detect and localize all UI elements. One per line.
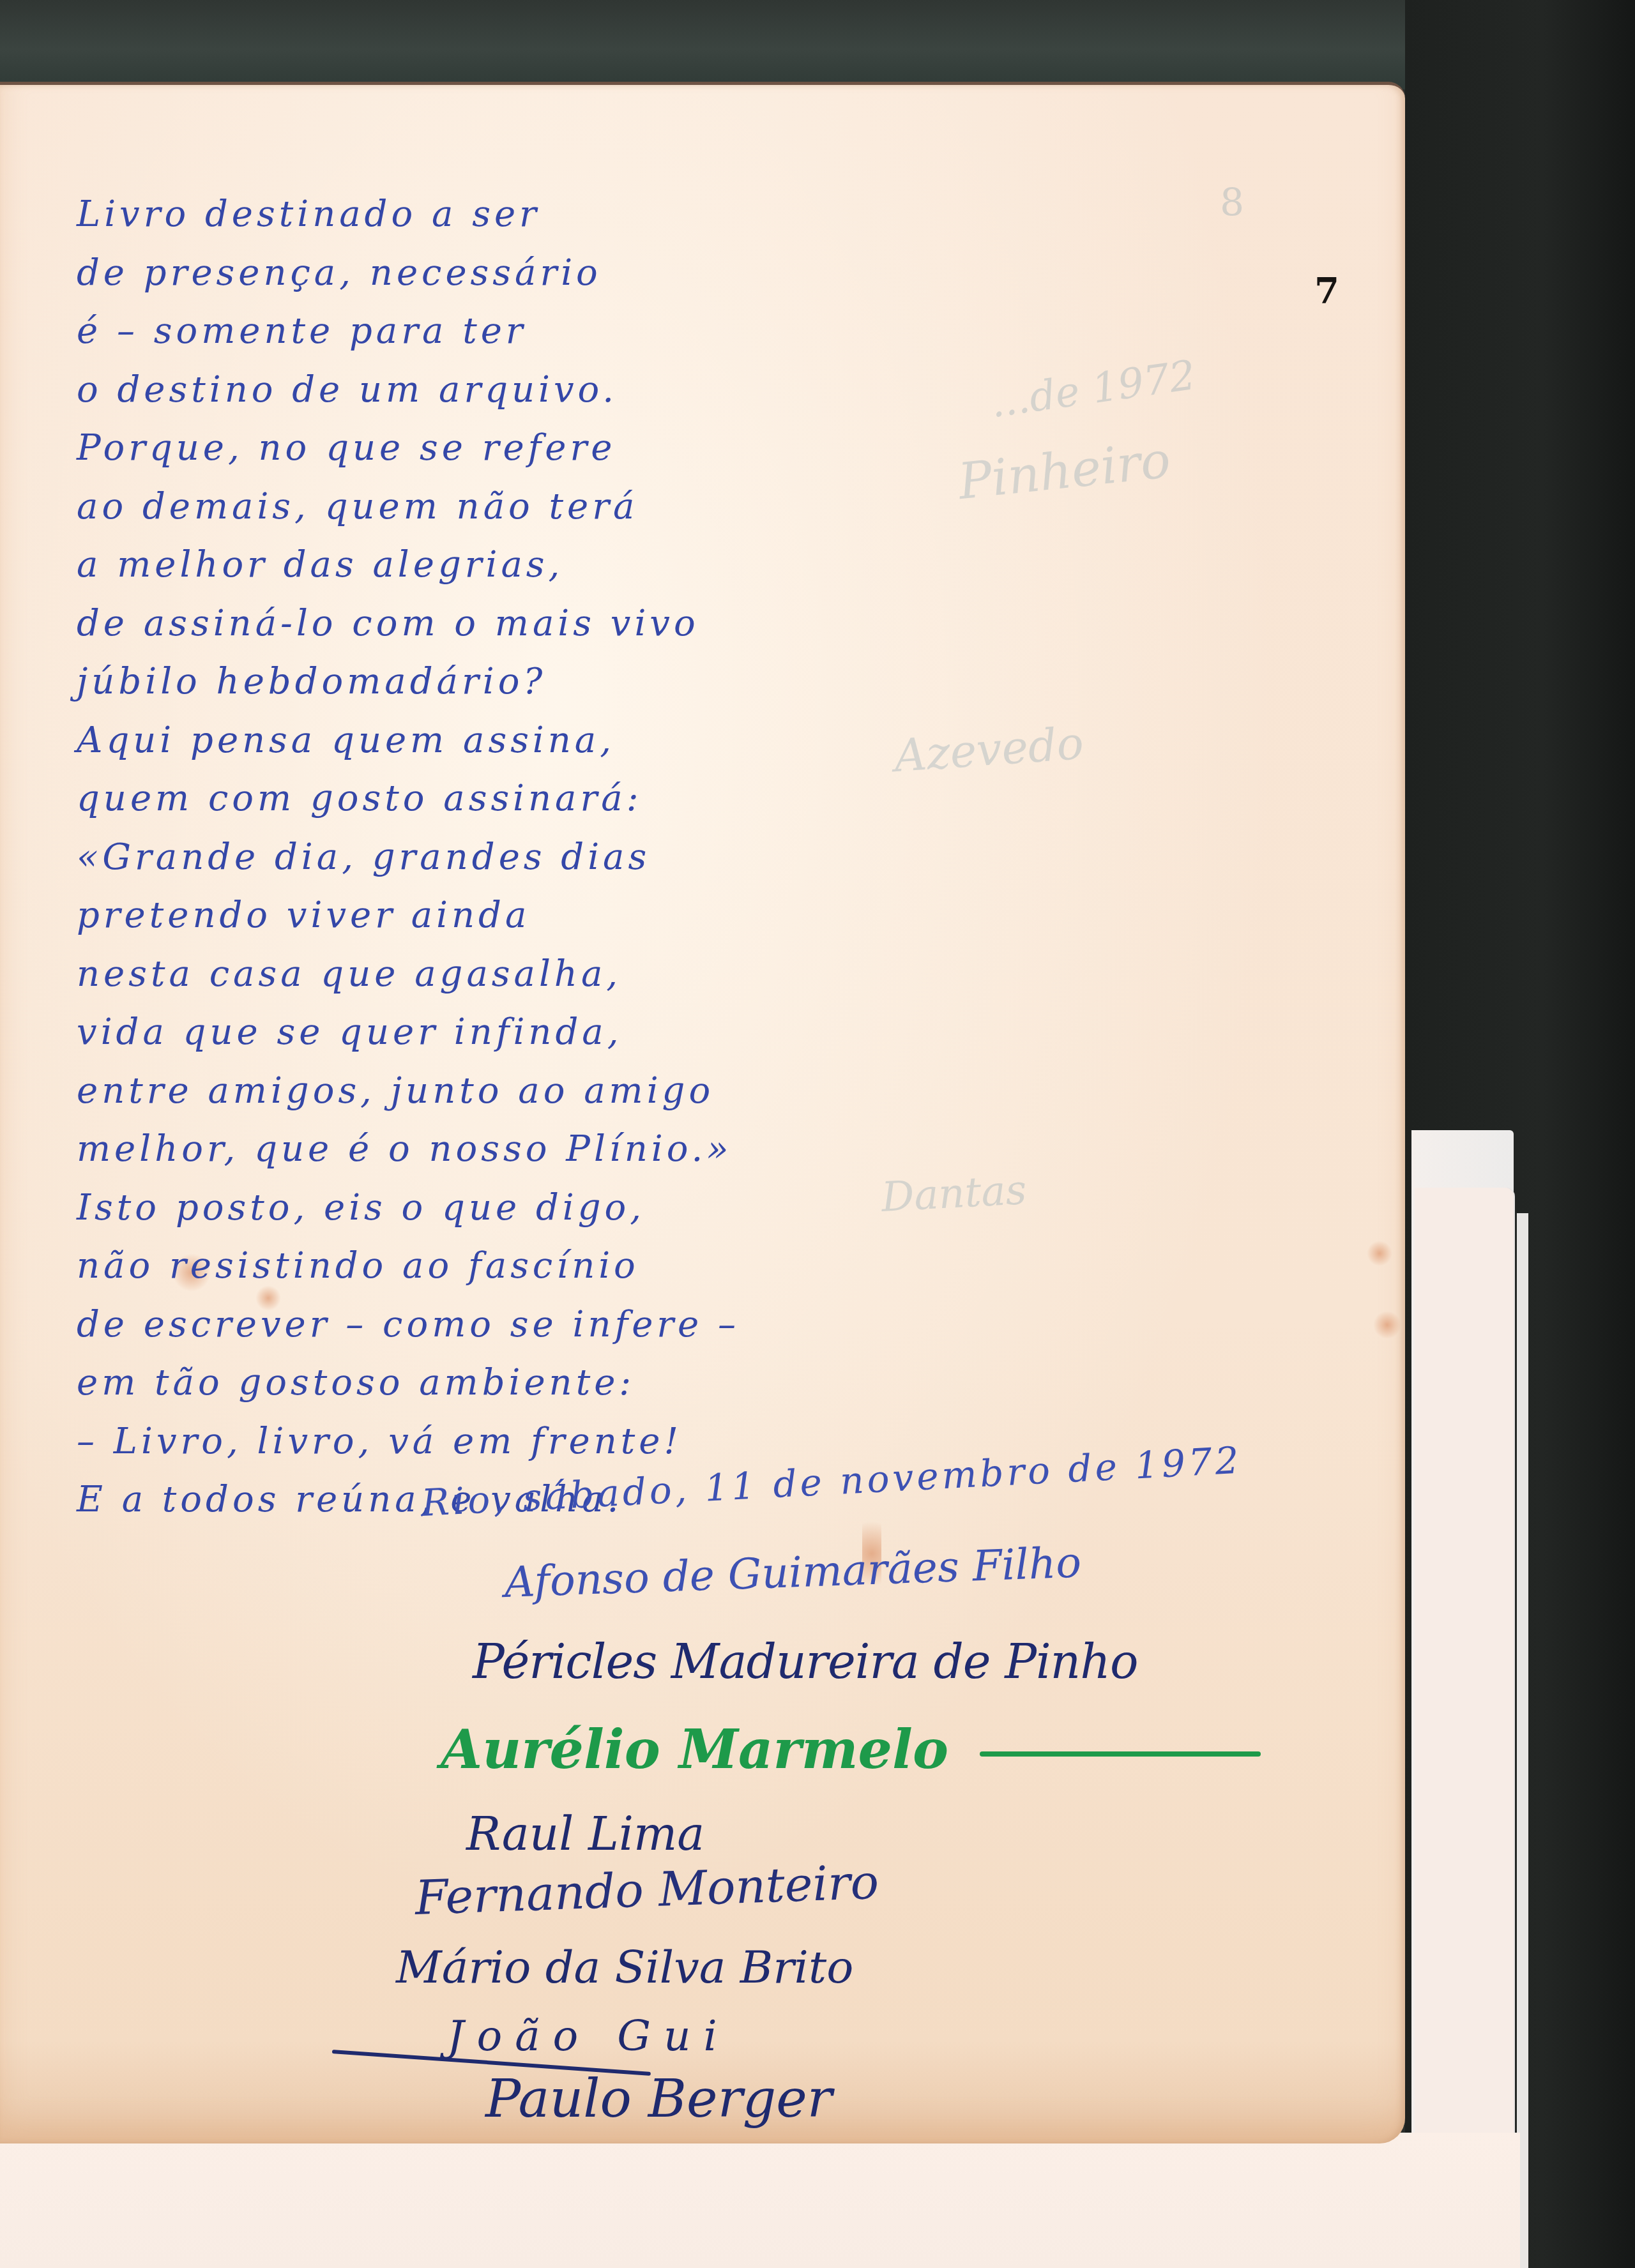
poem-line: Isto posto, eis o que digo, [77, 1179, 1290, 1237]
loose-sheet-edge [1517, 1213, 1528, 2268]
poem-line: nesta casa que agasalha, [77, 945, 1290, 1004]
poem-line: «Grande dia, grandes dias [77, 828, 1290, 887]
poem-line: é – somente para ter [77, 302, 1290, 361]
signature: Mário da Silva Brito [396, 1941, 853, 1993]
signature-green-name: Aurélio Marmelo [441, 1718, 948, 1781]
poem-line: ao demais, quem não terá [77, 478, 1290, 536]
poem-line: de presença, necessário [77, 244, 1290, 303]
signature: Péricles Madureira de Pinho [473, 1635, 1137, 1690]
poem-line: a melhor das alegrias, [77, 536, 1290, 594]
handwritten-poem: Livro destinado a ser de presença, neces… [77, 185, 1290, 1529]
poem-line: Porque, no que se refere [77, 419, 1290, 478]
signature: Raul Lima [466, 1807, 704, 1861]
signature: Paulo Berger [485, 2069, 832, 2129]
poem-line: Livro destinado a ser [77, 185, 1290, 244]
poem-line: melhor, que é o nosso Plínio.» [77, 1120, 1290, 1179]
poem-line: de assiná-lo com o mais vivo [77, 594, 1290, 653]
poem-line: júbilo hebdomadário? [77, 653, 1290, 711]
poem-line: entre amigos, junto ao amigo [77, 1062, 1290, 1121]
poem-line: em tão gostoso ambiente: [77, 1354, 1290, 1412]
scanner-background-top [0, 0, 1635, 89]
poem-line: vida que se quer infinda, [77, 1003, 1290, 1062]
signature: João Gui [447, 2011, 730, 2060]
signature-green: Aurélio Marmelo [441, 1718, 1261, 1781]
page-number: 7 [1314, 270, 1339, 312]
loose-sheet-under [0, 2133, 1520, 2268]
poem-line: quem com gosto assinará: [77, 769, 1290, 828]
poem-line: de escrever – como se infere – [77, 1296, 1290, 1354]
loose-sheet-middle [1415, 1188, 1514, 2268]
poem-line: pretendo viver ainda [77, 886, 1290, 945]
poem-line: não resistindo ao fascínio [77, 1237, 1290, 1296]
poem-line: Aqui pensa quem assina, [77, 711, 1290, 770]
poem-line: o destino de um arquivo. [77, 361, 1290, 420]
foxing-stain [1373, 1311, 1401, 1339]
foxing-stain [1367, 1241, 1392, 1266]
signature-flourish [980, 1751, 1261, 1757]
